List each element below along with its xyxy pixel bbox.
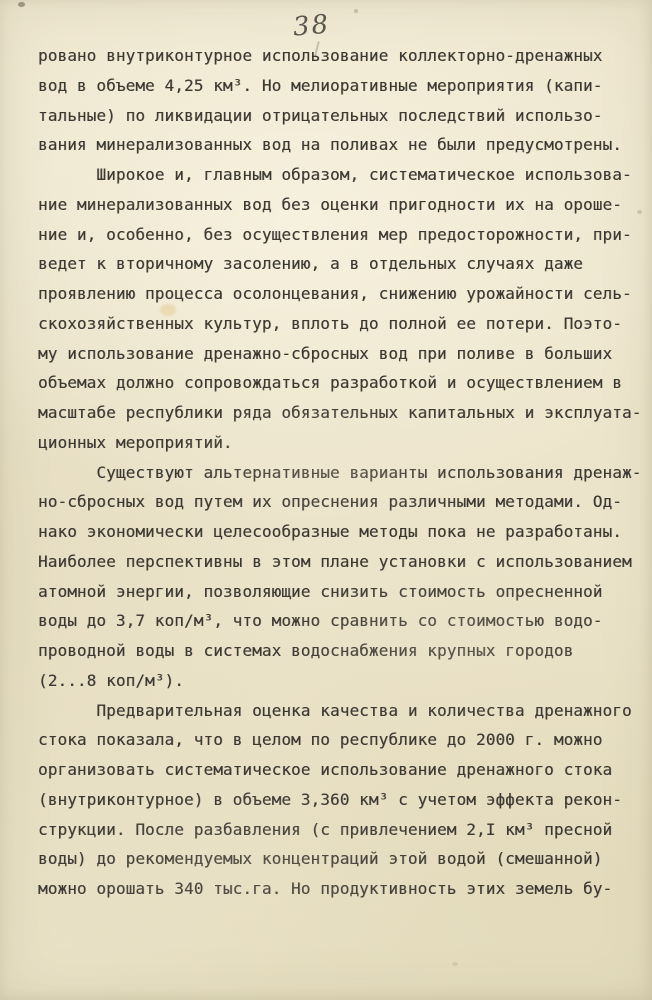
text-line: можно орошать 340 тыс.га. Но продуктивно… [38,874,644,904]
text-line: ционных мероприятий. [38,428,644,458]
text-line: (2...8 коп/м³). [38,666,644,696]
text-line: вания минерализованных вод на поливах не… [38,130,644,160]
text-line: вод в объеме 4,25 км³. Но мелиоративные … [38,71,644,101]
text-line: но-сбросных вод путем их опреснения разл… [38,487,644,517]
text-line: организовать систематическое использован… [38,755,644,785]
handwritten-page-number: 38 [292,9,332,42]
text-line: ровано внутриконтурное использование кол… [38,41,644,71]
text-line: скохозяйственных культур, вплоть до полн… [38,309,644,339]
text-line: ведет к вторичному засолению, а в отдель… [38,249,644,279]
text-line: Существуют альтернативные варианты испол… [38,458,644,488]
scan-speck [452,962,458,966]
text-line: объемах должно сопровождаться разработко… [38,368,644,398]
text-line: (внутриконтурное) в объеме 3,360 км³ с у… [38,785,644,815]
text-line: масштабе республики ряда обязательных ка… [38,398,644,428]
text-line: воды до 3,7 коп/м³, что можно сравнить с… [38,606,644,636]
scan-speck [354,9,358,13]
scan-speck [18,2,25,7]
text-line: проявлению процесса осолонцевания, сниже… [38,279,644,309]
text-line: воды) до рекомендуемых концентраций этой… [38,844,644,874]
text-line: ние и, особенно, без осуществления мер п… [38,220,644,250]
typewritten-body-text: ровано внутриконтурное использование кол… [38,41,644,904]
text-line: стока показала, что в целом по республик… [38,725,644,755]
text-line: атомной энергии, позволяющие снизить сто… [38,577,644,607]
text-line: Предварительная оценка качества и количе… [38,696,644,726]
text-line: проводной воды в системах водоснабжения … [38,636,644,666]
text-line: тальные) по ликвидации отрицательных пос… [38,101,644,131]
text-line: му использование дренажно-сбросных вод п… [38,339,644,369]
scanned-document-page: 38 ровано внутриконтурное использование … [0,0,652,1000]
text-line: Широкое и, главным образом, систематичес… [38,160,644,190]
text-line: Наиболее перспективны в этом плане устан… [38,547,644,577]
text-line: ние минерализованных вод без оценки приг… [38,190,644,220]
text-line: нако экономически целесообразные методы … [38,517,644,547]
text-line: струкции. После разбавления (с привлечен… [38,815,644,845]
